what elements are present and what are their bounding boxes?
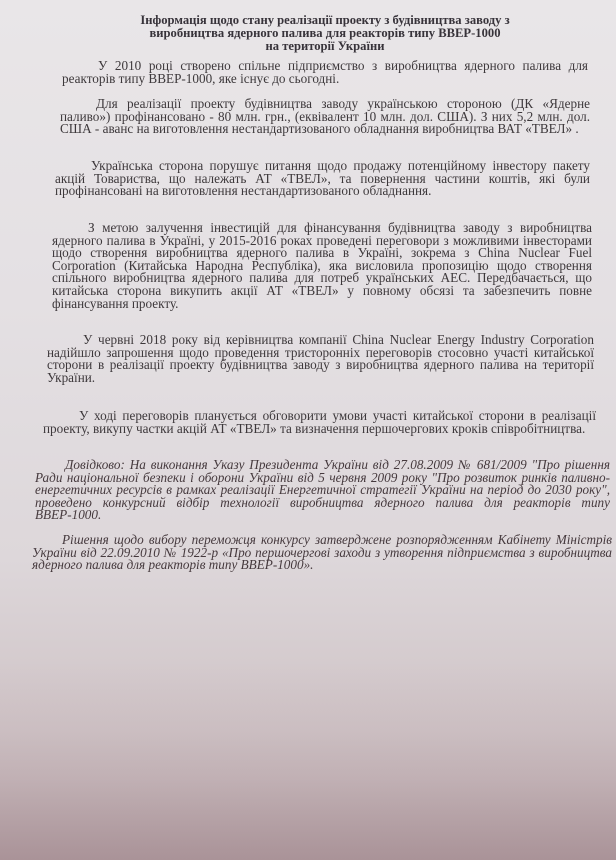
paragraph-text: У червні 2018 року від керівництва компа… xyxy=(47,332,594,385)
paragraph-negotiation-plans: У ході переговорів планується обговорити… xyxy=(43,410,596,435)
paragraph-text: Для реалізації проекту будівництва завод… xyxy=(60,96,590,136)
document-title: Інформація щодо стану реалізації проекту… xyxy=(100,14,550,53)
reference-note-cabinet-order: Рішення щодо вибору переможця конкурсу з… xyxy=(32,534,612,572)
paragraph-text: У ході переговорів планується обговорити… xyxy=(43,408,596,436)
paragraph-share-sale: Українська сторона порушує питання щодо … xyxy=(55,160,590,198)
photo-shadow xyxy=(0,660,616,860)
reference-note-decree: Довідково: На виконання Указу Президента… xyxy=(35,459,610,522)
paragraph-text: З метою залучення інвестицій для фінансу… xyxy=(52,220,592,311)
title-line-3: на території України xyxy=(100,40,550,53)
document-page: Інформація щодо стану реалізації проекту… xyxy=(0,0,616,860)
paragraph-financing: Для реалізації проекту будівництва завод… xyxy=(60,98,590,136)
note-text: Довідково: На виконання Указу Президента… xyxy=(35,457,610,522)
note-text: Рішення щодо вибору переможця конкурсу з… xyxy=(32,532,612,572)
paragraph-investment-negotiations: З метою залучення інвестицій для фінансу… xyxy=(52,222,592,310)
paragraph-text: Українська сторона порушує питання щодо … xyxy=(55,158,590,198)
paragraph-joint-venture: У 2010 році створено спільне підприємств… xyxy=(62,60,588,85)
paragraph-invitation-2018: У червні 2018 року від керівництва компа… xyxy=(47,334,594,384)
paragraph-text: У 2010 році створено спільне підприємств… xyxy=(62,58,588,86)
